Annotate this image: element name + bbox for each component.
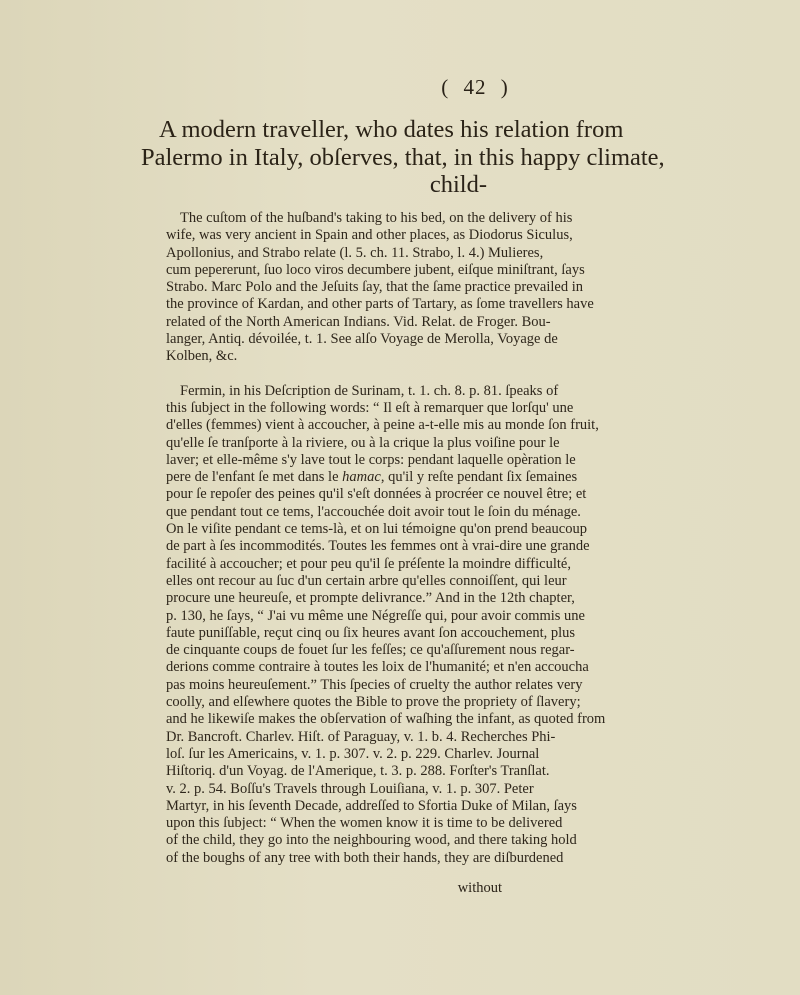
italic-word: hamac bbox=[342, 469, 381, 485]
book-page: ( 42 ) A modern traveller, who dates his… bbox=[0, 0, 800, 995]
note-line: que pendant tout ce tems, l'accouchée do… bbox=[166, 504, 502, 521]
note-line: of the boughs of any tree with both thei… bbox=[166, 850, 502, 867]
main-text: A modern traveller, who dates his relati… bbox=[141, 116, 490, 172]
footnotes: The cuſtom of the huſband's taking to hi… bbox=[166, 210, 502, 867]
note-paragraph-1: The cuſtom of the huſband's taking to hi… bbox=[166, 210, 502, 366]
note-line: The cuſtom of the huſband's taking to hi… bbox=[166, 210, 502, 227]
note-line: laver; et elle-même s'y lave tout le cor… bbox=[166, 452, 502, 469]
note-line: Fermin, in his Deſcription de Surinam, t… bbox=[166, 383, 502, 400]
note-line: On le viſite pendant ce tems-là, et on l… bbox=[166, 521, 502, 538]
note-line: d'elles (femmes) vient à accoucher, à pe… bbox=[166, 417, 502, 434]
note-line: of the child, they go into the neighbour… bbox=[166, 832, 502, 849]
note-line: Dr. Bancroft. Charlev. Hiſt. of Paraguay… bbox=[166, 729, 502, 746]
note-line: Hiſtoriq. d'un Voyag. de l'Amerique, t. … bbox=[166, 763, 502, 780]
note-line: v. 2. p. 54. Boſſu's Travels through Lou… bbox=[166, 781, 502, 798]
note-line: p. 130, he ſays, “ J'ai vu même une Négr… bbox=[166, 608, 502, 625]
note-line: pour ſe repoſer des peines qu'il s'eſt d… bbox=[166, 486, 502, 503]
note-line: de cinquante coups de fouet ſur les feſſ… bbox=[166, 642, 502, 659]
note-paragraph-2: Fermin, in his Deſcription de Surinam, t… bbox=[166, 383, 502, 867]
note-line: Kolben, &c. bbox=[166, 348, 502, 365]
note-line: facilité à accoucher; et pour peu qu'il … bbox=[166, 556, 502, 573]
note-line: Apollonius, and Strabo relate (l. 5. ch.… bbox=[166, 245, 502, 262]
note-line: related of the North American Indians. V… bbox=[166, 314, 502, 331]
note-line: qu'elle ſe tranſporte à la riviere, ou à… bbox=[166, 435, 502, 452]
note-line: pere de l'enfant ſe met dans le hamac, q… bbox=[166, 469, 502, 486]
note-line: derions comme contraire à toutes les loi… bbox=[166, 659, 502, 676]
note-line: wife, was very ancient in Spain and othe… bbox=[166, 227, 502, 244]
note-line: loſ. ſur les Americains, v. 1. p. 307. v… bbox=[166, 746, 502, 763]
note-line: Martyr, in his ſeventh Decade, addreſſed… bbox=[166, 798, 502, 815]
note-line: procure une heureuſe, et prompte delivra… bbox=[166, 590, 502, 607]
note-line: langer, Antiq. dévoilée, t. 1. See alſo … bbox=[166, 331, 502, 348]
note-line: upon this ſubject: “ When the women know… bbox=[166, 815, 502, 832]
note-line: elles ont recour au ſuc d'un certain arb… bbox=[166, 573, 502, 590]
note-line: coolly, and elſewhere quotes the Bible t… bbox=[166, 694, 502, 711]
note-line: cum pepererunt, ſuo loco viros decumbere… bbox=[166, 262, 502, 279]
note-line: the province of Kardan, and other parts … bbox=[166, 296, 502, 313]
catchword-notes: without bbox=[458, 880, 502, 897]
note-line: de part à ſes incommodités. Toutes les f… bbox=[166, 538, 502, 555]
note-line: Strabo. Marc Polo and the Jeſuits ſay, t… bbox=[166, 279, 502, 296]
main-text-line: A modern traveller, who dates his relati… bbox=[141, 116, 490, 144]
page-number: ( 42 ) bbox=[0, 75, 800, 100]
catchword-main: child- bbox=[430, 171, 487, 199]
note-line: faute puniſſable, reçut cinq ou ſix heur… bbox=[166, 625, 502, 642]
main-text-line: Palermo in Italy, obſerves, that, in thi… bbox=[141, 144, 490, 172]
note-line: pas moins heureuſement.” This ſpecies of… bbox=[166, 677, 502, 694]
note-line: and he likewiſe makes the obſervation of… bbox=[166, 711, 502, 728]
note-line: this ſubject in the following words: “ I… bbox=[166, 400, 502, 417]
